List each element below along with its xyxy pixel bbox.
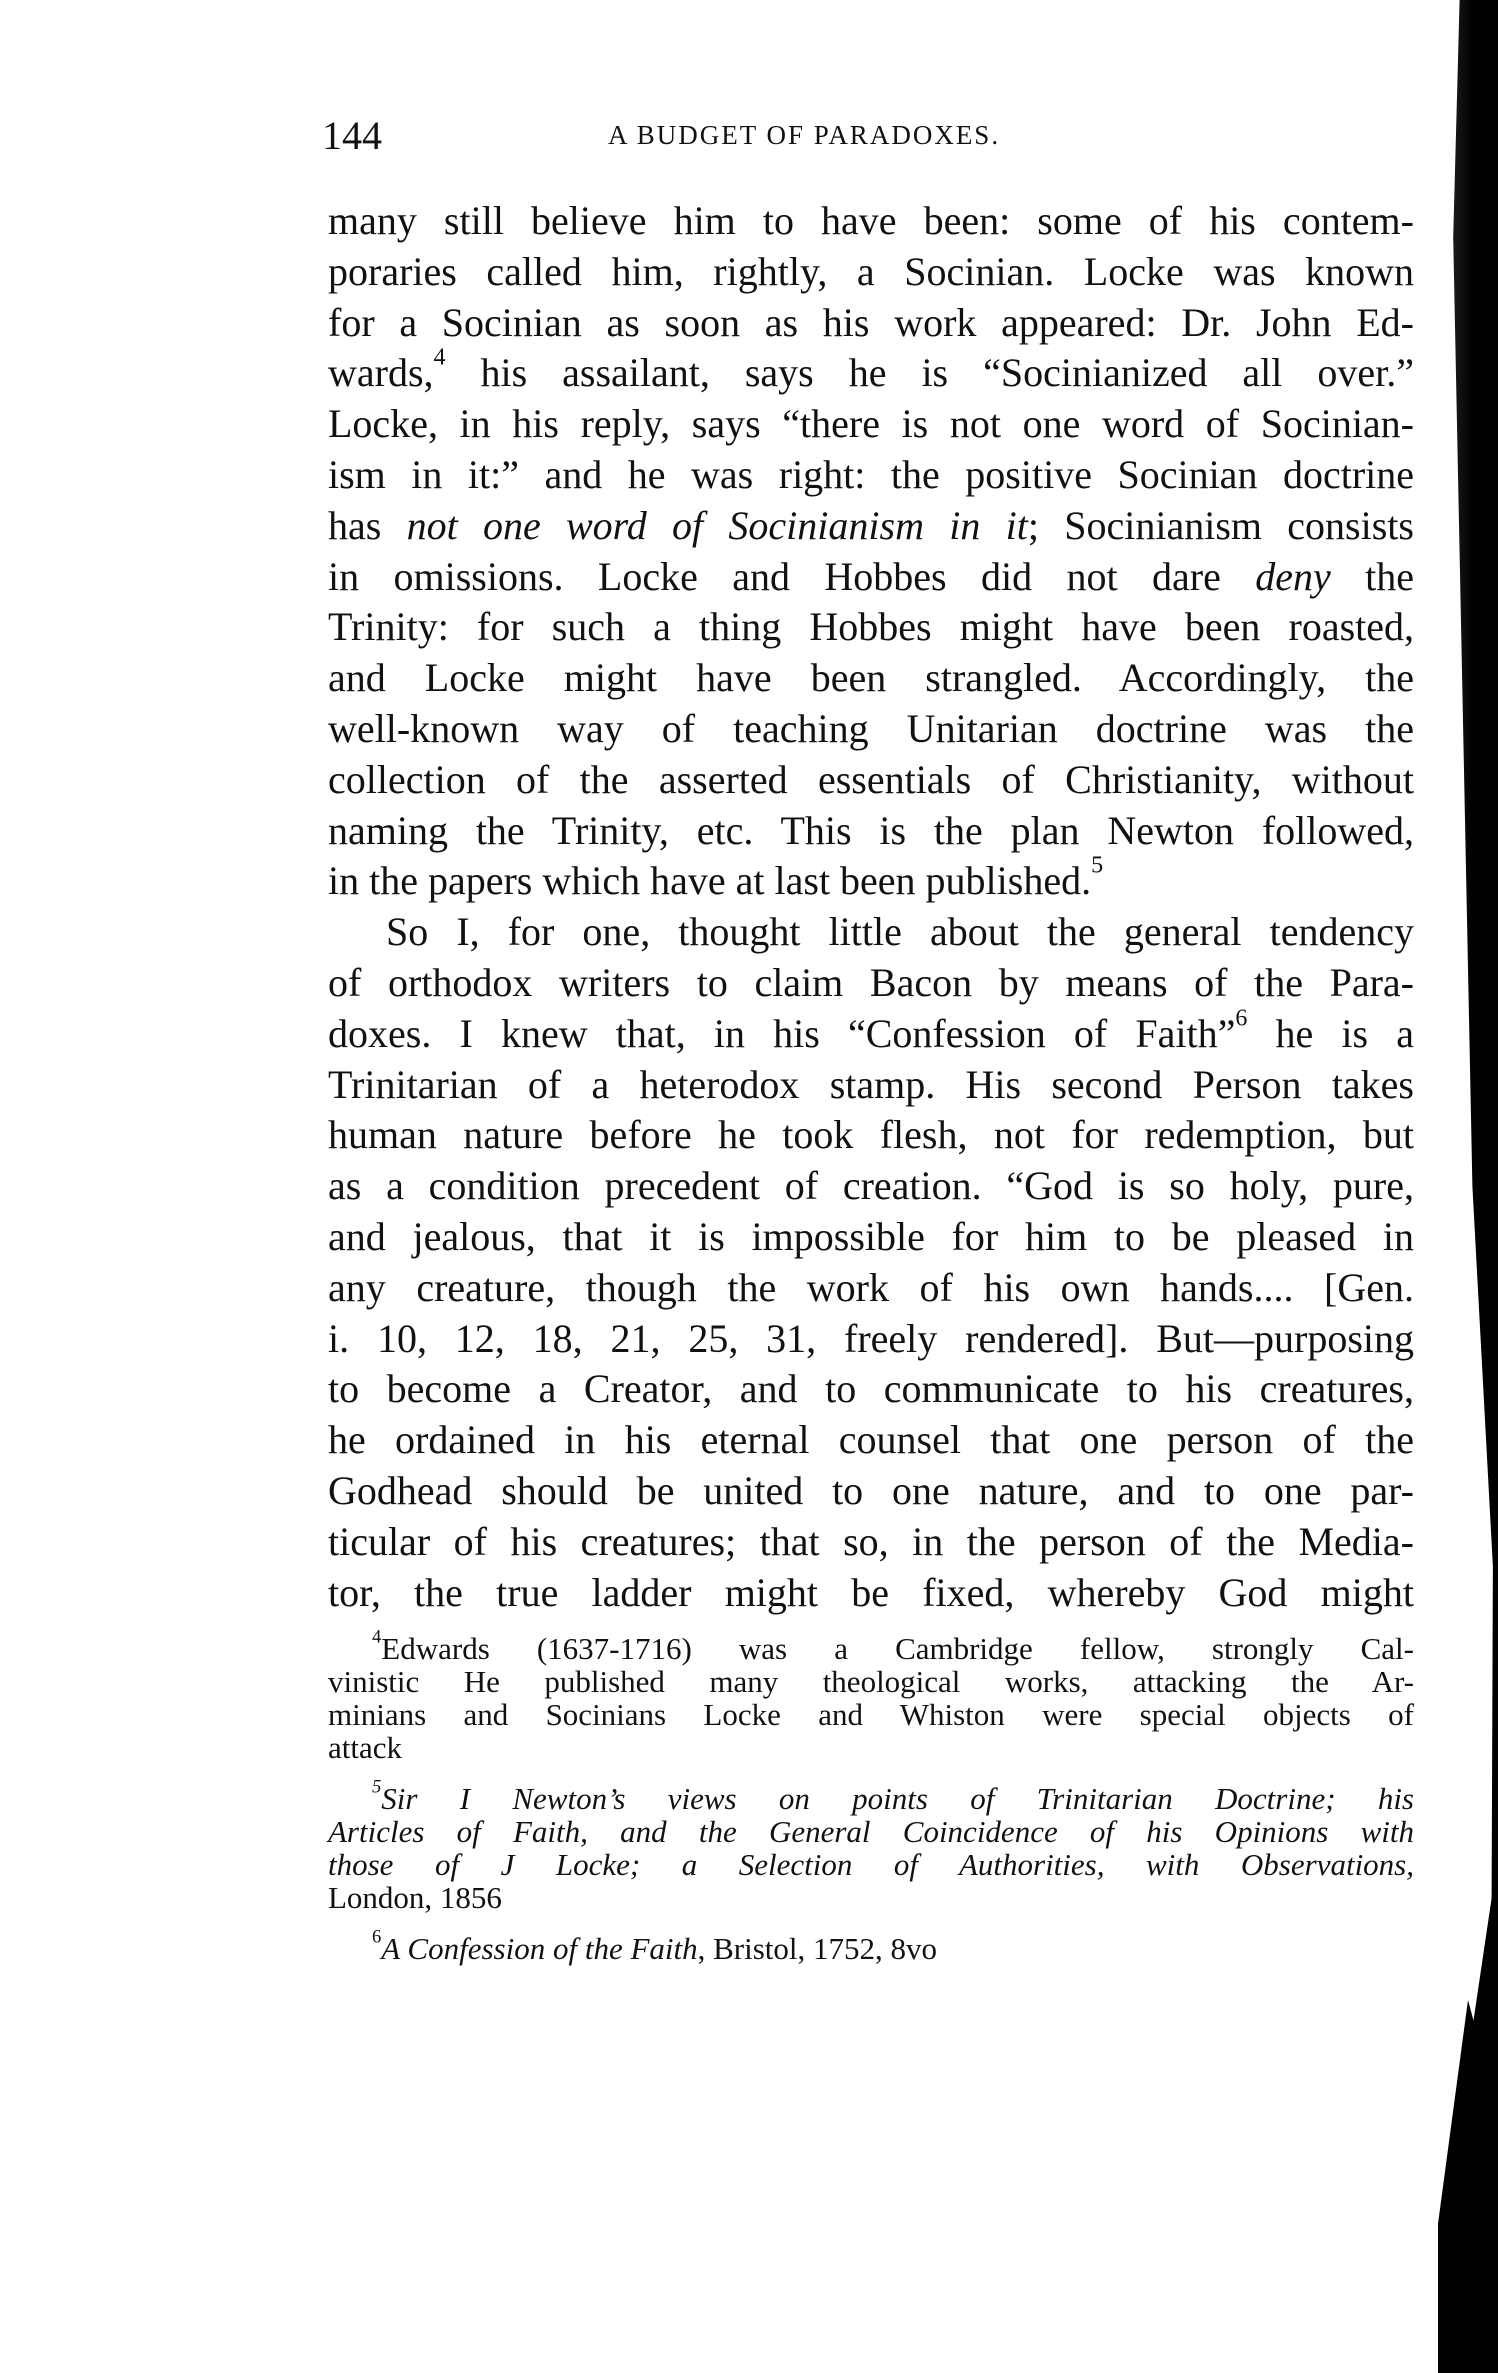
text-line: i. 10, 12, 18, 21, 25, 31, freely render… <box>328 1314 1414 1365</box>
text-fragment: in omissions. Locke and Hobbes did not d… <box>328 554 1255 599</box>
text-line: and Locke might have been strangled. Acc… <box>328 653 1414 704</box>
text-fragment: doxes. I knew that, in his “Confession o… <box>328 1011 1235 1056</box>
text-line: well-known way of teaching Unitarian doc… <box>328 704 1414 755</box>
text-line: has not one word of Socinianism in it; S… <box>328 501 1414 552</box>
text-fragment: his assailant, says he is “Socinianized … <box>446 350 1414 395</box>
italic-fragment: deny <box>1255 554 1331 599</box>
text-line: to become a Creator, and to communicate … <box>328 1364 1414 1415</box>
text-line: he ordained in his eternal counsel that … <box>328 1415 1414 1466</box>
text-fragment: Edwards (1637-1716) was a Cambridge fell… <box>381 1631 1414 1666</box>
text-fragment: ; Socinianism consists <box>1028 503 1414 548</box>
body-text: many still believe him to have been: som… <box>328 196 1414 1618</box>
text-line: poraries called him, rightly, a Socinian… <box>328 247 1414 298</box>
text-line: human nature before he took flesh, not f… <box>328 1110 1414 1161</box>
footnote-line: 5Sir I Newton’s views on points of Trini… <box>328 1782 1414 1815</box>
footnote-6: 6A Confession of the Faith, Bristol, 175… <box>328 1932 1414 1965</box>
text-fragment: has <box>328 503 407 548</box>
text-line: of orthodox writers to claim Bacon by me… <box>328 958 1414 1009</box>
footnote-ref: 4 <box>434 345 446 371</box>
italic-fragment: not one word of Socinianism in it <box>407 503 1028 548</box>
footnote-line: London, 1856 <box>328 1881 1414 1914</box>
text-line: in omissions. Locke and Hobbes did not d… <box>328 552 1414 603</box>
footnote-4: 4Edwards (1637-1716) was a Cambridge fel… <box>328 1632 1414 1764</box>
footnote-marker: 6 <box>372 1926 381 1947</box>
text-line: tor, the true ladder might be fixed, whe… <box>328 1568 1414 1619</box>
text-fragment: Sir I Newton’s views on points of Trinit… <box>381 1781 1414 1816</box>
footnote-ref: 6 <box>1235 1005 1247 1031</box>
footnote-ref: 5 <box>1091 853 1103 879</box>
text-line: as a condition precedent of creation. “G… <box>328 1161 1414 1212</box>
footnote-line: Articles of Faith, and the General Coinc… <box>328 1815 1414 1848</box>
text-line: naming the Trinity, etc. This is the pla… <box>328 806 1414 857</box>
text-line: any creature, though the work of his own… <box>328 1263 1414 1314</box>
text-line: ticular of his creatures; that so, in th… <box>328 1517 1414 1568</box>
page-number: 144 <box>322 112 382 159</box>
text-line: in the papers which have at last been pu… <box>328 856 1414 907</box>
text-fragment: , Bristol, 1752, 8vo <box>698 1931 937 1966</box>
text-fragment: he is a <box>1247 1011 1414 1056</box>
text-line: for a Socinian as soon as his work appea… <box>328 298 1414 349</box>
footnote-line: 4Edwards (1637-1716) was a Cambridge fel… <box>328 1632 1414 1665</box>
text-line: many still believe him to have been: som… <box>328 196 1414 247</box>
text-fragment: wards, <box>328 350 434 395</box>
text-line: Godhead should be united to one nature, … <box>328 1466 1414 1517</box>
footnote-marker: 5 <box>372 1776 381 1797</box>
text-fragment: the <box>1331 554 1414 599</box>
text-line: Trinity: for such a thing Hobbes might h… <box>328 602 1414 653</box>
footnote-line: minians and Socinians Locke and Whiston … <box>328 1698 1414 1731</box>
footnote-marker: 4 <box>372 1626 381 1647</box>
footnote-line: 6A Confession of the Faith, Bristol, 175… <box>328 1932 1414 1965</box>
text-line: ism in it:” and he was right: the positi… <box>328 450 1414 501</box>
footnote-line: those of J Locke; a Selection of Authori… <box>328 1848 1414 1881</box>
italic-fragment: A Confession of the Faith <box>381 1931 697 1966</box>
text-line: wards,4 his assailant, says he is “Socin… <box>328 348 1414 399</box>
running-head: 144 A BUDGET OF PARADOXES. <box>322 112 1422 162</box>
text-line: and jealous, that it is impossible for h… <box>328 1212 1414 1263</box>
text-line: collection of the asserted essentials of… <box>328 755 1414 806</box>
book-page: 144 A BUDGET OF PARADOXES. many still be… <box>0 0 1498 2373</box>
text-line: doxes. I knew that, in his “Confession o… <box>328 1009 1414 1060</box>
text-line: Trinitarian of a heterodox stamp. His se… <box>328 1060 1414 1111</box>
footnote-line: vinistic He published many theological w… <box>328 1665 1414 1698</box>
footnote-5: 5Sir I Newton’s views on points of Trini… <box>328 1782 1414 1914</box>
running-title: A BUDGET OF PARADOXES. <box>608 120 1000 151</box>
text-line: Locke, in his reply, says “there is not … <box>328 399 1414 450</box>
footnotes: 4Edwards (1637-1716) was a Cambridge fel… <box>328 1632 1414 1983</box>
text-line: So I, for one, thought little about the … <box>328 907 1414 958</box>
text-fragment: in the papers which have at last been pu… <box>328 858 1091 903</box>
footnote-line: attack <box>328 1731 1414 1764</box>
